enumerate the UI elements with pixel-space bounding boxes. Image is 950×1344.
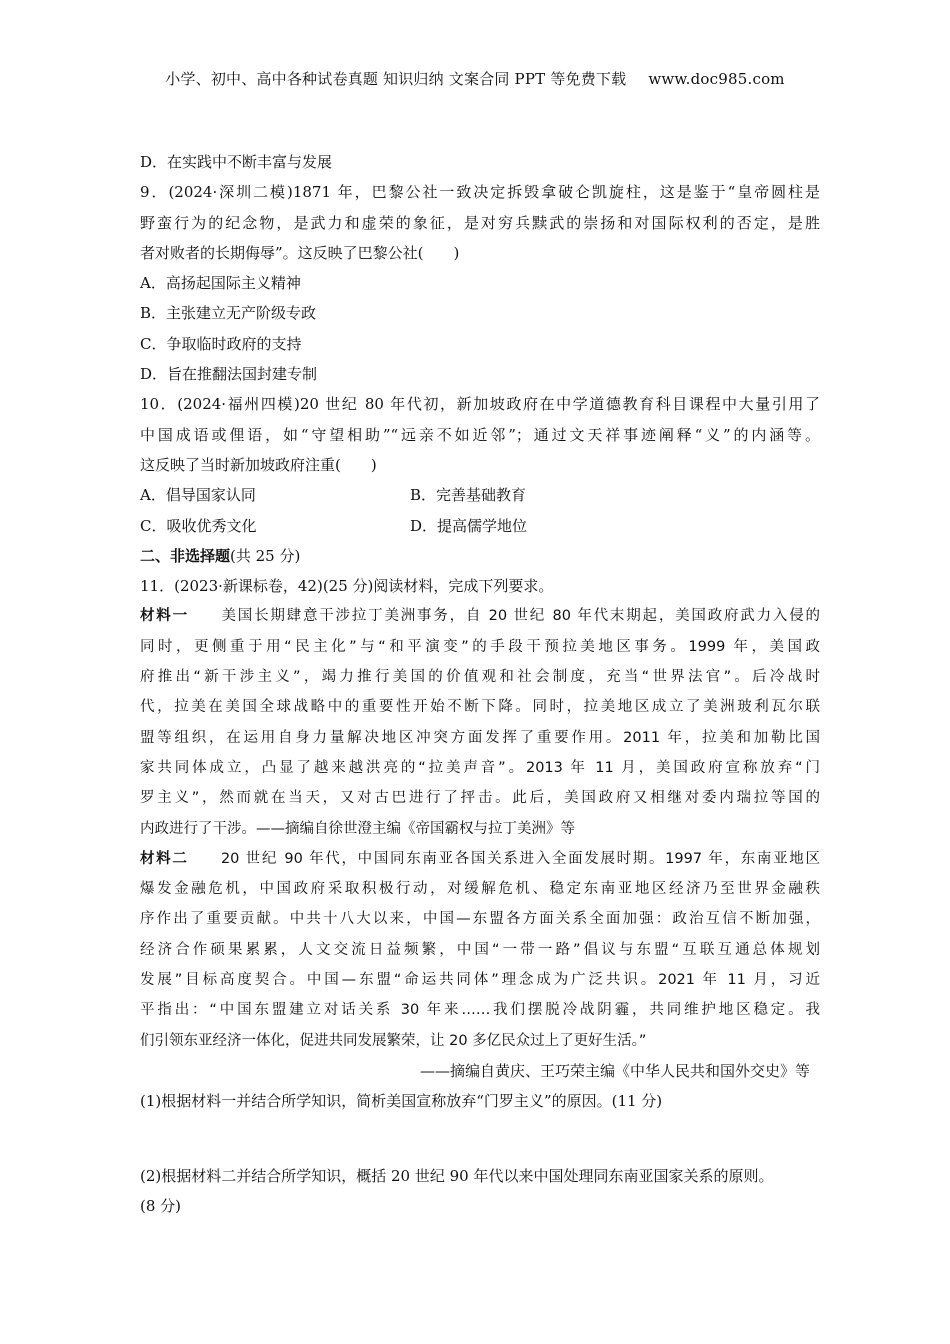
- q10-options-row: A．倡导国家认同 B．完善基础教育: [140, 480, 820, 510]
- q11-sub-question-1: (1)根据材料一并结合所学知识，简析美国宣称放弃“门罗主义”的原因。(11 分): [140, 1086, 820, 1116]
- q11-stem: 11．(2023·新课标卷，42)(25 分)阅读材料，完成下列要求。: [140, 571, 820, 601]
- q9-stem-line: 9．(2024·深圳二模)1871 年，巴黎公社一致决定拆毁拿破仑凯旋柱，这是鉴…: [140, 177, 820, 207]
- q9-option-c: C．争取临时政府的支持: [140, 329, 820, 359]
- material-1-line: 代，拉美在美国全球战略中的重要性开始不断下降。同时，拉美地区成立了美洲玻利瓦尔联: [140, 692, 820, 722]
- q10-option-d: D．提高儒学地位: [410, 511, 680, 541]
- section-2-score: (共 25 分): [230, 547, 300, 565]
- material-2-source: ——摘编自黄庆、王巧荣主编《中华人民共和国外交史》等: [140, 1056, 820, 1086]
- material-2-label: 材料二: [140, 851, 189, 867]
- material-2-line: 爆发金融危机，中国政府采取积极行动，对缓解危机、稳定东南亚地区经济乃至世界金融秩: [140, 874, 820, 904]
- material-1: 材料一 美国长期肆意干涉拉丁美洲事务，自 20 世纪 80 年代末期起，美国政府…: [140, 601, 820, 843]
- material-2: 材料二 20 世纪 90 年代，中国同东南亚各国关系进入全面发展时期。1997 …: [140, 844, 820, 1086]
- q10-option-c: C．吸收优秀文化: [140, 511, 410, 541]
- section-2-title: 二、非选择题: [140, 547, 230, 565]
- q10-option-b: B．完善基础教育: [410, 480, 680, 510]
- q11-sub-question-2: (2)根据材料二并结合所学知识，概括 20 世纪 90 年代以来中国处理同东南亚…: [140, 1161, 820, 1191]
- header-text: 小学、初中、高中各种试卷真题 知识归纳 文案合同 PPT 等免费下载: [165, 70, 626, 88]
- q10-options-row: C．吸收优秀文化 D．提高儒学地位: [140, 511, 820, 541]
- answer-space: [140, 1117, 820, 1161]
- material-1-label: 材料一: [140, 608, 189, 624]
- question-9: 9．(2024·深圳二模)1871 年，巴黎公社一致决定拆毁拿破仑凯旋柱，这是鉴…: [140, 177, 820, 389]
- material-2-line: 序作出了重要贡献。中共十八大以来，中国—东盟各方面关系全面加强：政治互信不断加强…: [140, 904, 820, 934]
- material-2-line: 们引领东亚经济一体化，促进共同发展繁荣，让 20 多亿民众过上了更好生活。”: [140, 1026, 820, 1056]
- material-2-line: 发展”目标高度契合。中国—东盟“命运共同体”理念成为广泛共识。2021 年 11…: [140, 965, 820, 995]
- material-1-line: 盟等组织，在运用自身力量解决地区冲突方面发挥了重要作用。2011 年，拉美和加勒…: [140, 723, 820, 753]
- q11-sub-question-2-score: (8 分): [140, 1191, 820, 1221]
- q9-option-a: A．高扬起国际主义精神: [140, 268, 820, 298]
- q10-option-a: A．倡导国家认同: [140, 480, 410, 510]
- q9-stem-line: 野蛮行为的纪念物，是武力和虚荣的象征，是对穷兵黩武的崇扬和对国际权利的否定，是胜: [140, 208, 820, 238]
- material-2-line: 材料二 20 世纪 90 年代，中国同东南亚各国关系进入全面发展时期。1997 …: [140, 844, 820, 874]
- page-header: 小学、初中、高中各种试卷真题 知识归纳 文案合同 PPT 等免费下载www.do…: [0, 68, 950, 89]
- q9-option-d: D．旨在推翻法国封建专制: [140, 359, 820, 389]
- q9-option-b: B．主张建立无产阶级专政: [140, 298, 820, 328]
- prev-question-option-d: D．在实践中不断丰富与发展: [140, 147, 820, 177]
- q10-stem-line: 10．(2024·福州四模)20 世纪 80 年代初，新加坡政府在中学道德教育科…: [140, 389, 820, 419]
- q10-stem-line: 中国成语或俚语，如“守望相助”“远亲不如近邻”；通过文天祥事迹阐释“义”的内涵等…: [140, 420, 820, 450]
- section-2-heading: 二、非选择题(共 25 分): [140, 541, 820, 571]
- question-10: 10．(2024·福州四模)20 世纪 80 年代初，新加坡政府在中学道德教育科…: [140, 389, 820, 540]
- material-1-line: 家共同体成立，凸显了越来越洪亮的“拉美声音”。2013 年 11 月，美国政府宣…: [140, 753, 820, 783]
- question-11: 11．(2023·新课标卷，42)(25 分)阅读材料，完成下列要求。 材料一 …: [140, 571, 820, 1221]
- material-1-line: 府推出“新干涉主义”，竭力推行美国的价值观和社会制度，充当“世界法官”。后冷战时: [140, 662, 820, 692]
- q9-stem-line: 者对败者的长期侮辱”。这反映了巴黎公社( ): [140, 238, 820, 268]
- header-url: www.doc985.com: [648, 70, 784, 88]
- material-1-line: 罗主义”，然而就在当天，又对古巴进行了抨击。此后，美国政府又相继对委内瑞拉等国的: [140, 783, 820, 813]
- q10-stem-line: 这反映了当时新加坡政府注重( ): [140, 450, 820, 480]
- document-body: D．在实践中不断丰富与发展 9．(2024·深圳二模)1871 年，巴黎公社一致…: [140, 147, 820, 1221]
- material-2-line: 平指出：“中国东盟建立对话关系 30 年来……我们摆脱冷战阴霾，共同维护地区稳定…: [140, 995, 820, 1025]
- material-1-line: 内政进行了干涉。——摘编自徐世澄主编《帝国霸权与拉丁美洲》等: [140, 814, 820, 844]
- material-1-line: 材料一 美国长期肆意干涉拉丁美洲事务，自 20 世纪 80 年代末期起，美国政府…: [140, 601, 820, 631]
- material-1-line: 同时，更侧重于用“民主化”与“和平演变”的手段干预拉美地区事务。1999 年，美…: [140, 632, 820, 662]
- material-2-line: 经济合作硕果累累，人文交流日益频繁，中国“一带一路”倡议与东盟“互联互通总体规划: [140, 935, 820, 965]
